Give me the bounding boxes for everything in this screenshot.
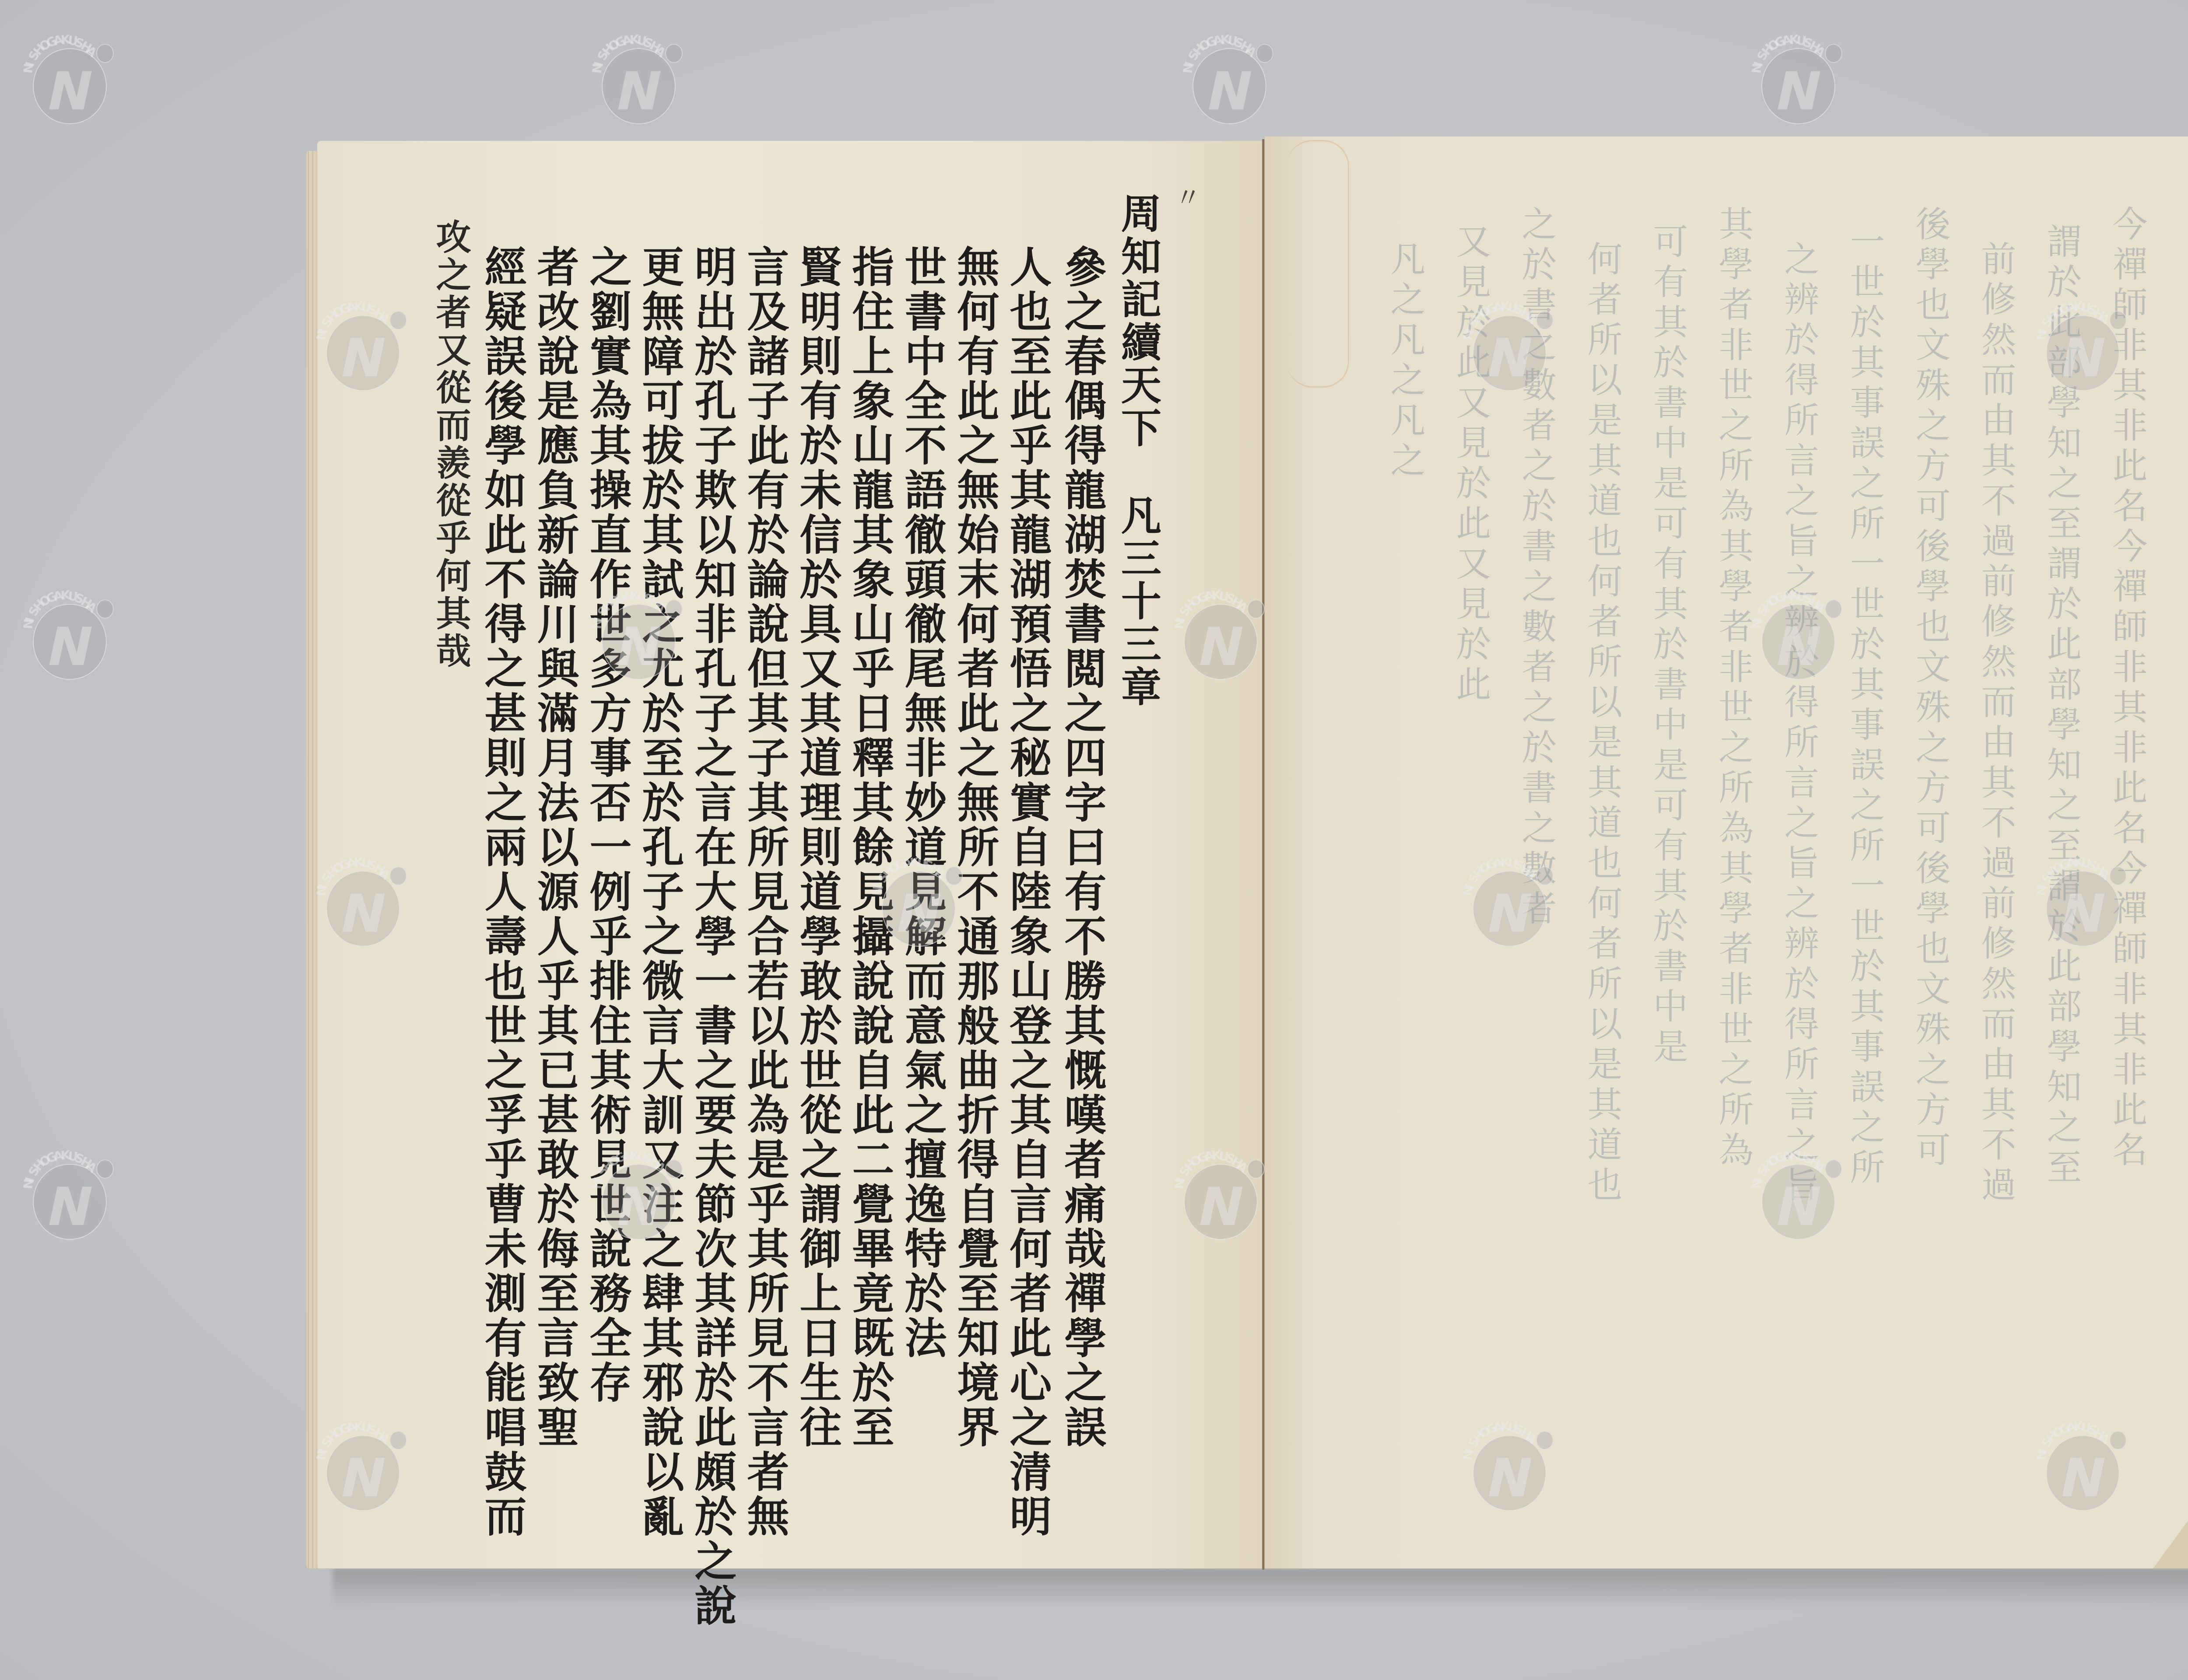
nishogakusha-watermark-logo: NNISHOGAKUSHA [1744,580,1844,680]
folded-corner [2153,1514,2188,1568]
nishogakusha-watermark-logo: NNISHOGAKUSHA [1175,24,1276,125]
watermark-text: NISHOGAKUSHA [301,842,414,956]
nishogakusha-watermark-logo: NNISHOGAKUSHA [15,24,116,125]
ghost-text-column: 何者所以是其道也何者所以是其道也何者所以是其道也 [1584,241,1619,1207]
watermark-text: NISHOGAKUSHA [1167,20,1281,133]
ghost-text-column: 之辨於得所言之旨之辨於得所言之旨之辨於得所言之旨 [1781,241,1816,1207]
nishogakusha-watermark-logo: NNISHOGAKUSHA [1455,1411,1556,1512]
nishogakusha-watermark-logo: NNISHOGAKUSHA [309,1411,409,1512]
nishogakusha-watermark-logo: NNISHOGAKUSHA [584,580,685,680]
ghost-text-column: 後學也文殊之方可後學也文殊之方可後學也文殊之方可 [1912,206,1947,1172]
watermark-text: NISHOGAKUSHA [1736,1135,1850,1249]
watermark-text: NISHOGAKUSHA [2020,287,2134,400]
watermark-text: NISHOGAKUSHA [2020,842,2134,956]
nishogakusha-watermark-logo: NNISHOGAKUSHA [15,1140,116,1240]
ghost-text-column: 一世於其事誤之所一世於其事誤之所一世於其事誤之所 [1847,223,1882,1189]
watermark-text: NISHOGAKUSHA [7,1135,121,1249]
watermark-text: NISHOGAKUSHA [1447,842,1561,956]
watermark-text: NISHOGAKUSHA [1158,575,1272,689]
watermark-text: NISHOGAKUSHA [1158,1135,1272,1249]
nishogakusha-watermark-logo: NNISHOGAKUSHA [2028,291,2129,392]
text-column-13: 攻之者又從而羨從乎何其哉 [433,219,468,670]
nishogakusha-watermark-logo: NNISHOGAKUSHA [584,24,685,125]
watermark-text: NISHOGAKUSHA [576,575,690,689]
text-column-7: 言及諸子此有於論說但其子其所見合若以此為是乎其所見不言者無 [744,245,786,1539]
watermark-text: NISHOGAKUSHA [1447,287,1561,400]
text-column-12: 經疑誤後學如此不得之甚則之兩人壽也世之孚乎曹未測有能唱鼓而 [481,245,523,1539]
ghost-text-column: 可有其於書中是可有其於書中是可有其於書中是 [1650,223,1685,1068]
nishogakusha-watermark-logo: NNISHOGAKUSHA [309,847,409,947]
watermark-text: NISHOGAKUSHA [301,287,414,400]
nishogakusha-watermark-logo: NNISHOGAKUSHA [1455,847,1556,947]
watermark-text: NISHOGAKUSHA [1736,575,1850,689]
watermark-text: NISHOGAKUSHA [1736,20,1850,133]
text-column-9: 更無障可拔於其試之尤於至於孔子之微言大訓又注之肆其邪說以亂 [639,245,681,1539]
text-column-6: 賢明則有於未信於具又其道理則道學敢於世從之謂御上日生往 [796,245,838,1450]
watermark-text: NISHOGAKUSHA [7,575,121,689]
watermark-text: NISHOGAKUSHA [576,1135,690,1249]
nishogakusha-watermark-logo: NNISHOGAKUSHA [15,580,116,680]
text-column-4: 世書中全不語徹頭徹尾無非妙道見解而意氣之擅逸特於法 [901,245,943,1361]
ghost-text-column: 凡之凡之凡之 [1387,241,1422,482]
nishogakusha-watermark-logo: NNISHOGAKUSHA [1455,291,1556,392]
nishogakusha-watermark-logo: NNISHOGAKUSHA [1744,24,1844,125]
header-column-chapter-count: 凡三十三章 [1118,494,1158,709]
text-column-2: 人也至此乎其龍湖預悟之秘實自陸象山登之其自言何者此心之清明 [1006,245,1048,1539]
watermark-text: NISHOGAKUSHA [2020,1407,2134,1520]
top-margin-mark: 〃 [1175,177,1201,215]
header-column-title: 周知記續天下 [1118,192,1158,450]
water-stain [1287,140,1349,388]
text-column-11: 者改說是應負新論川與滿月法以源人乎其已甚敢於侮至言致聖 [534,245,576,1450]
watermark-text: NISHOGAKUSHA [7,20,121,133]
watermark-text: NISHOGAKUSHA [301,1407,414,1520]
nishogakusha-watermark-logo: NNISHOGAKUSHA [1166,580,1267,680]
watermark-text: NISHOGAKUSHA [856,842,970,956]
nishogakusha-watermark-logo: NNISHOGAKUSHA [2028,847,2129,947]
text-column-8: 明出於孔子欺以知非孔子之言在大學一書之要夫節次其詳於此頗於之說 [691,245,733,1628]
nishogakusha-watermark-logo: NNISHOGAKUSHA [2028,1411,2129,1512]
nishogakusha-watermark-logo: NNISHOGAKUSHA [309,291,409,392]
ghost-text-column: 前修然而由其不過前修然而由其不過前修然而由其不過 [1978,241,2013,1207]
nishogakusha-watermark-logo: NNISHOGAKUSHA [864,847,965,947]
nishogakusha-watermark-logo: NNISHOGAKUSHA [1166,1140,1267,1240]
nishogakusha-watermark-logo: NNISHOGAKUSHA [1744,1140,1844,1240]
nishogakusha-watermark-logo: NNISHOGAKUSHA [584,1140,685,1240]
watermark-text: NISHOGAKUSHA [576,20,690,133]
text-column-1: 參之春偶得龍湖焚書閲之四字曰有不勝其慨嘆者痛哉禪學之誤 [1061,245,1103,1450]
watermark-text: NISHOGAKUSHA [1447,1407,1561,1520]
